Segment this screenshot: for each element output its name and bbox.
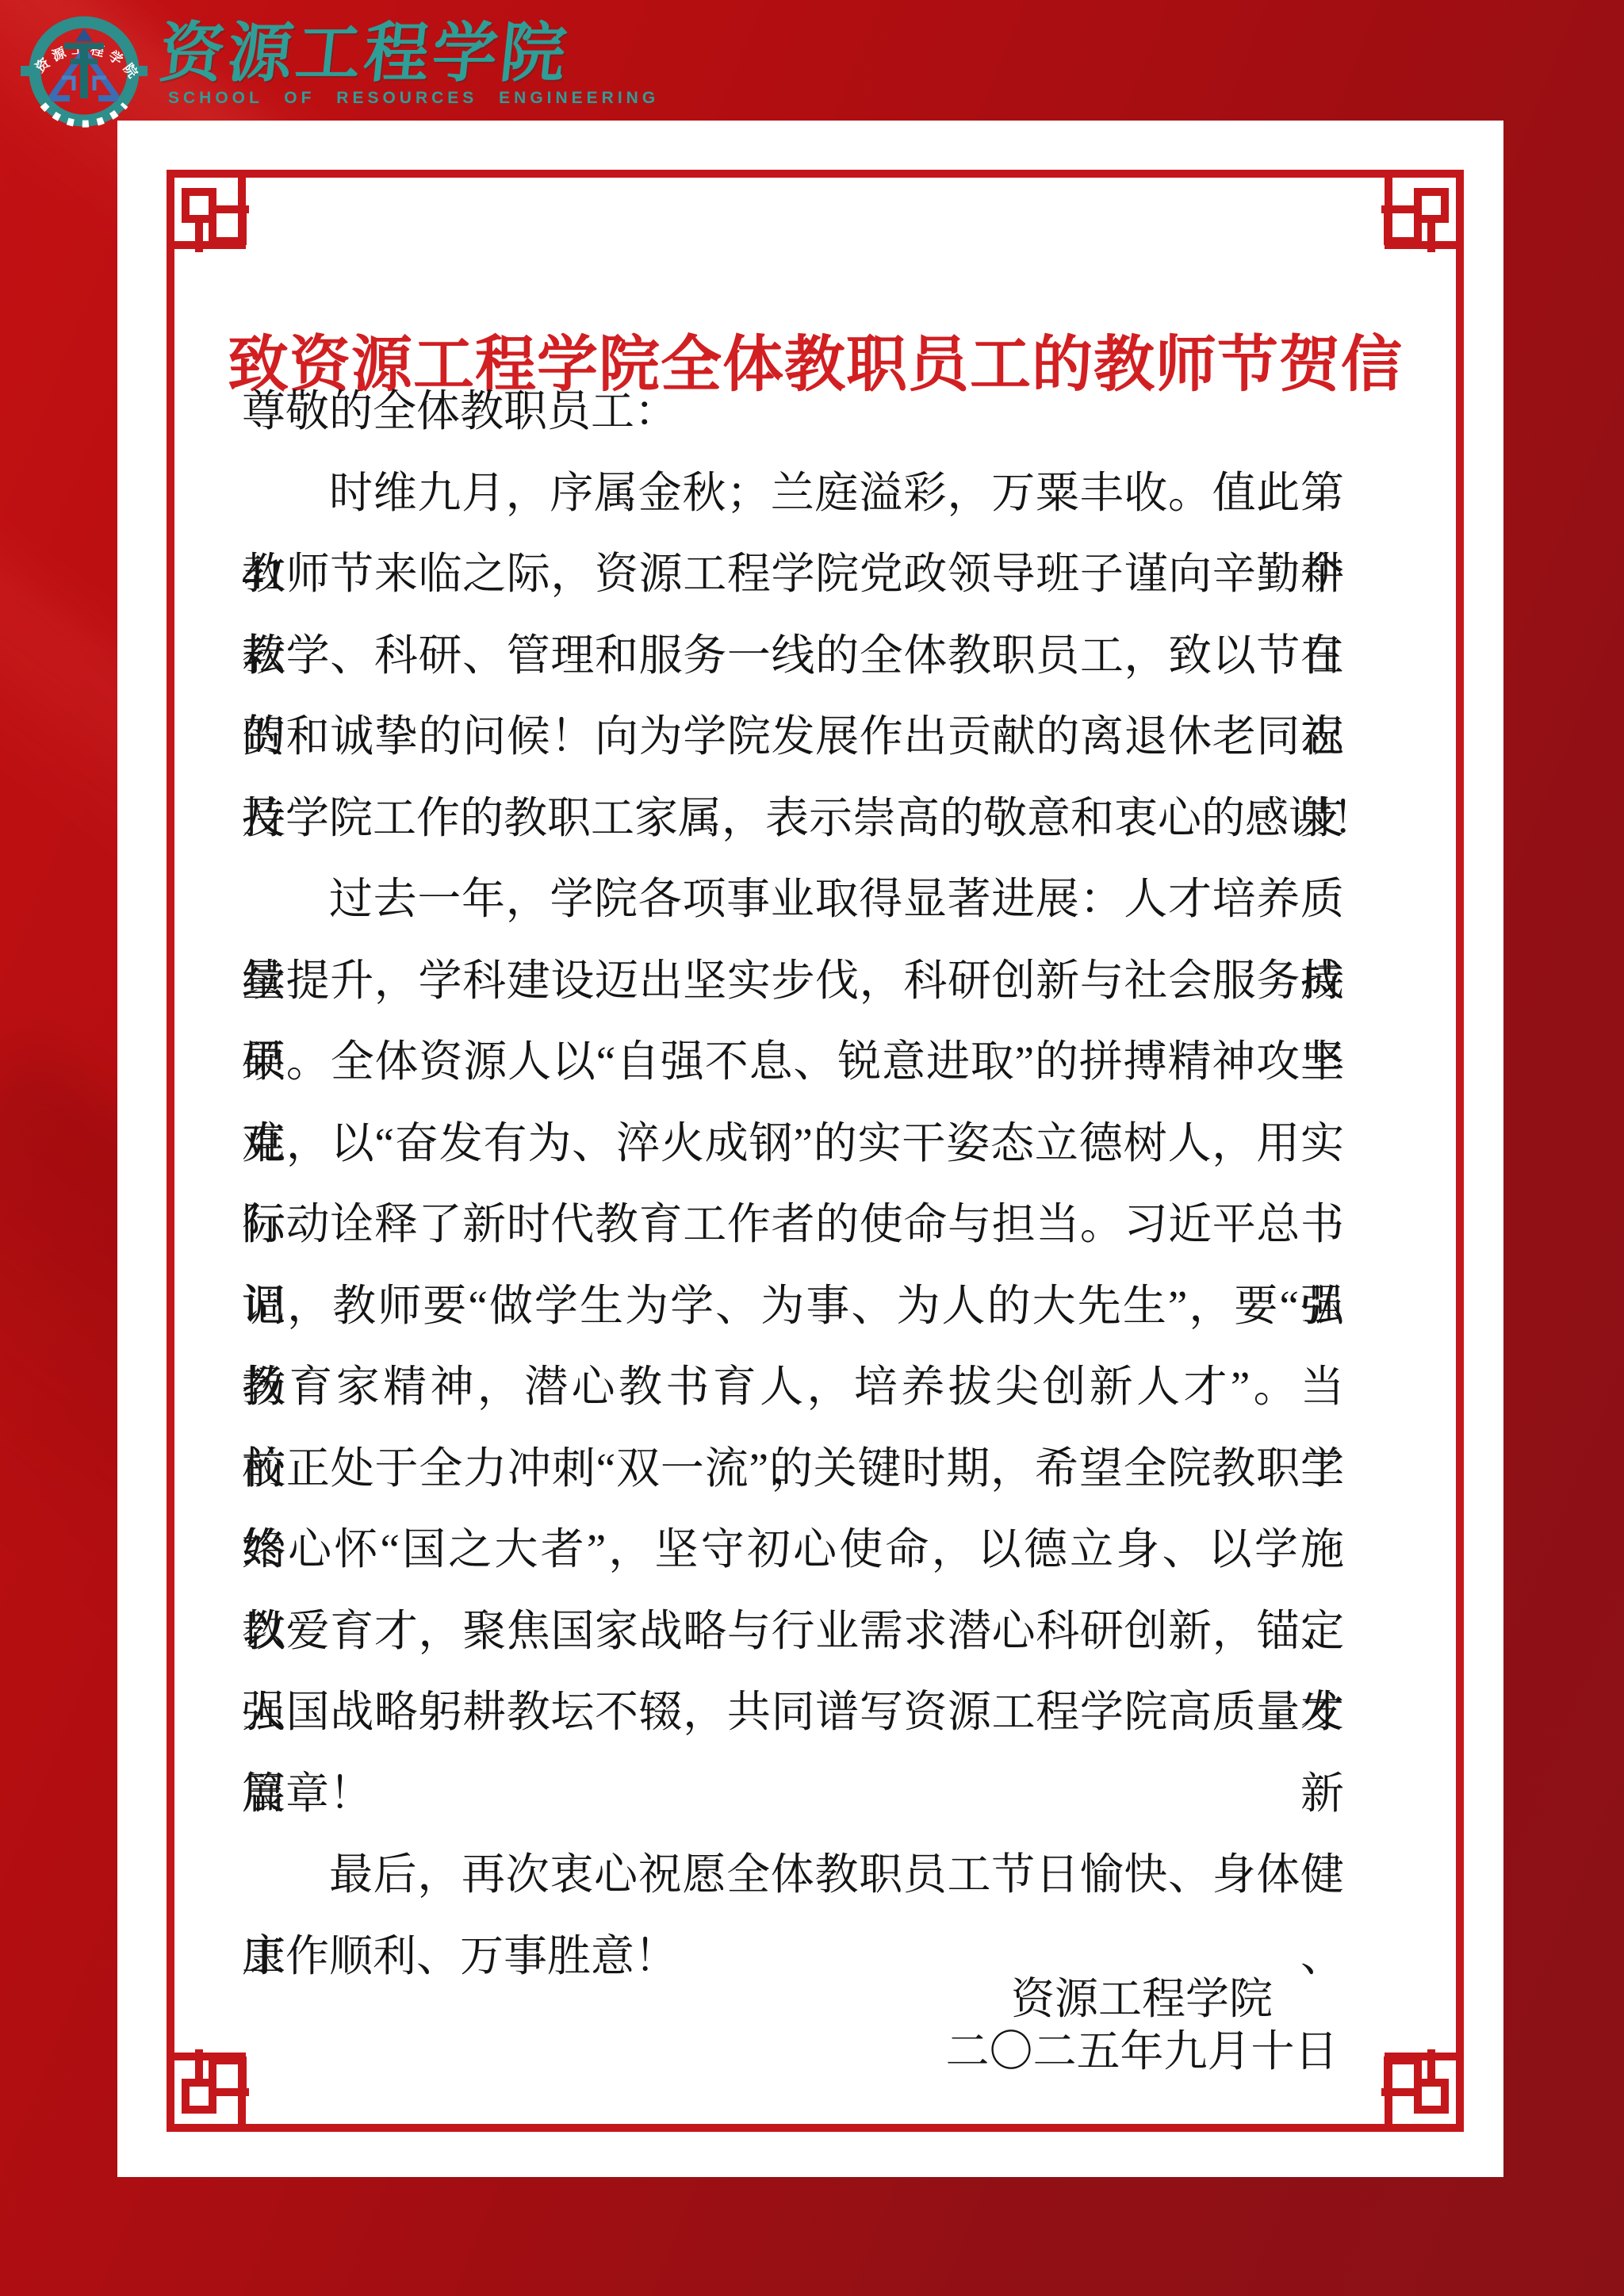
letter-line: 持学院工作的教职工家属，表示崇高的敬意和衷心的感谢！ bbox=[242, 778, 1344, 860]
letter-line: 贺和诚挚的问候！向为学院发展作出贡献的离退休老同志及支 bbox=[242, 696, 1344, 778]
letter-line: 尊敬的全体教职员工： bbox=[242, 371, 1344, 453]
letter-line: 教育家精神，潜心教书育人，培养拔尖创新人才”。当前，学 bbox=[242, 1347, 1344, 1428]
letter-line: 以爱育才，聚焦国家战略与行业需求潜心科研创新，锚定人才 bbox=[242, 1591, 1344, 1673]
frame-corner-knot-icon bbox=[167, 170, 249, 252]
signature-block: 资源工程学院 二〇二五年九月十日 bbox=[904, 1973, 1380, 2078]
school-emblem-icon: 资源工程学院 bbox=[14, 2, 154, 141]
letter-line: 续提升，学科建设迈出坚实步伐，科研创新与社会服务成果丰 bbox=[242, 941, 1344, 1022]
letter-line: 过去一年，学院各项事业取得显著进展：人才培养质量持 bbox=[242, 859, 1344, 941]
letter-line: 调，教师要“做学生为学、为事、为人的大先生”，要“弘扬 bbox=[242, 1266, 1344, 1347]
letter-line: 时维九月，序属金秋；兰庭溢彩，万粟丰收。值此第41个 bbox=[242, 453, 1344, 535]
letter-body: 尊敬的全体教职员工：时维九月，序属金秋；兰庭溢彩，万粟丰收。值此第41个教师节来… bbox=[242, 371, 1344, 1997]
letter-line: 最后，再次衷心祝愿全体教职员工节日愉快、身体健康、 bbox=[242, 1834, 1344, 1916]
school-name-english: SCHOOL OF RESOURCES ENGINEERING bbox=[168, 89, 659, 108]
frame-corner-knot-icon bbox=[1381, 2049, 1464, 2132]
school-name-calligraphy: 资源工程学院 bbox=[155, 2, 574, 94]
signature-date: 二〇二五年九月十日 bbox=[904, 2026, 1380, 2078]
frame-corner-knot-icon bbox=[1381, 170, 1464, 252]
frame-corner-knot-icon bbox=[167, 2049, 249, 2132]
letter-line: 强国战略躬耕教坛不辍，共同谱写资源工程学院高质量发展新 bbox=[242, 1672, 1344, 1754]
signature-name: 资源工程学院 bbox=[904, 1973, 1380, 2026]
header-brand: 资源工程学院 资源工程学院 SCHOOL OF RESOURCES ENGINE… bbox=[0, 0, 714, 151]
letter-line: 硕。全体资源人以“自强不息、锐意进取”的拼搏精神攻坚克 bbox=[242, 1022, 1344, 1103]
letter-line: 校正处于全力冲刺“双一流”的关键时期，希望全院教职工始 bbox=[242, 1428, 1344, 1510]
poster-background: 资源工程学院 资源工程学院 SCHOOL OF RESOURCES ENGINE… bbox=[0, 0, 1624, 2296]
letter-line: 终心怀“国之大者”，坚守初心使命，以德立身、以学施教、 bbox=[242, 1509, 1344, 1591]
letter-line: 教学、科研、管理和服务一线的全体教职员工，致以节日的祝 bbox=[242, 615, 1344, 697]
letter-line: 教师节来临之际，资源工程学院党政领导班子谨向辛勤耕耘在 bbox=[242, 534, 1344, 615]
letter-line: 行动诠释了新时代教育工作者的使命与担当。习近平总书记强 bbox=[242, 1184, 1344, 1266]
letter-line: 难，以“奋发有为、淬火成钢”的实干姿态立德树人，用实际 bbox=[242, 1103, 1344, 1185]
